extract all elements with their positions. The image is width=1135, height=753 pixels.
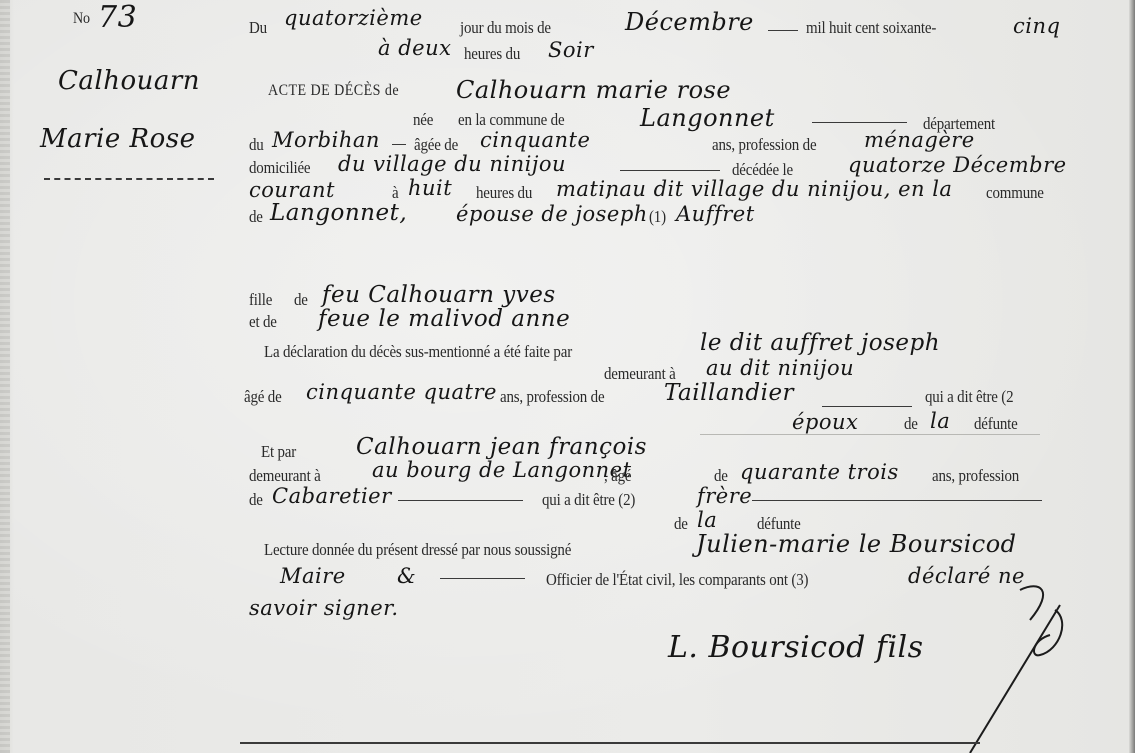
age-prefix-label: âgé de bbox=[244, 387, 282, 407]
fill-line bbox=[440, 578, 525, 579]
nee-label: née bbox=[413, 110, 433, 130]
margin-given-names: Marie Rose bbox=[40, 124, 195, 154]
ans-profession-label: ans, profession de bbox=[712, 135, 816, 155]
page-edge bbox=[1129, 0, 1135, 753]
death-place: , au dit village du ninijou, en la bbox=[605, 177, 952, 201]
de-label: de bbox=[294, 290, 308, 310]
qui-a-dit-label: qui a dit être (2 bbox=[925, 387, 1013, 407]
header-jour-du-mois: jour du mois de bbox=[460, 18, 551, 38]
mother-name: feue le malivod anne bbox=[318, 306, 570, 332]
heures-du-label: heures du bbox=[476, 183, 532, 203]
departement-name: Morbihan bbox=[272, 128, 380, 152]
commune-label: commune bbox=[986, 183, 1044, 203]
declarant2-age: quarante trois bbox=[740, 460, 899, 484]
de-label: de bbox=[249, 490, 263, 510]
margin-surname: Calhouarn bbox=[58, 66, 200, 96]
footnote-1: (1) bbox=[649, 207, 666, 227]
qui-a-dit-label: qui a dit être (2) bbox=[542, 490, 635, 510]
ans-profession-label: ans, profession de bbox=[500, 387, 604, 407]
declaration-label: La déclaration du décès sus-mentionné a … bbox=[264, 342, 572, 362]
header-period: Soir bbox=[548, 38, 594, 62]
du-label: du bbox=[249, 135, 264, 155]
deceased-name: Calhouarn marie rose bbox=[456, 76, 731, 104]
lecture-label: Lecture donnée du présent dressé par nou… bbox=[264, 540, 571, 560]
margin-dashed-line bbox=[44, 178, 214, 180]
savoir-signer: savoir signer. bbox=[249, 596, 399, 620]
ruled-line bbox=[700, 434, 1040, 435]
de-label: de bbox=[674, 514, 688, 534]
declarant2-profession: Cabaretier bbox=[272, 484, 392, 508]
birth-commune: Langonnet bbox=[640, 104, 775, 132]
header-year-hand: cinq bbox=[1013, 14, 1060, 38]
act-number: 73 bbox=[98, 0, 137, 35]
fill-line bbox=[398, 500, 523, 501]
header-day: quatorzième bbox=[284, 6, 423, 30]
fill-line bbox=[822, 406, 912, 407]
declarant1-age: cinquante quatre bbox=[306, 380, 497, 404]
death-commune: Langonnet, bbox=[270, 200, 407, 226]
en-la-commune-label: en la commune de bbox=[458, 110, 564, 130]
de-label: de bbox=[904, 414, 918, 434]
age-prefix-label: , âgé bbox=[604, 466, 631, 486]
la-hand: la bbox=[930, 409, 950, 433]
spouse-surname: Auffret bbox=[676, 202, 755, 226]
fill-line bbox=[768, 30, 798, 31]
domicile: du village du ninijou bbox=[338, 152, 566, 176]
spouse: épouse de joseph bbox=[456, 202, 648, 226]
deceased-age: cinquante bbox=[480, 128, 590, 152]
et-par-label: Et par bbox=[261, 442, 296, 462]
fill-line bbox=[752, 500, 1042, 501]
declarant1-relation: époux bbox=[792, 410, 858, 434]
father-name: feu Calhouarn yves bbox=[322, 282, 556, 308]
domiciliee-label: domiciliée bbox=[249, 158, 310, 178]
fill-line bbox=[620, 170, 720, 171]
fill-line bbox=[392, 144, 406, 145]
header-year-print: mil huit cent soixante- bbox=[806, 18, 936, 38]
official-name: Julien-marie le Boursicod bbox=[696, 530, 1017, 558]
de-label: de bbox=[249, 207, 263, 227]
official-signature: L. Boursicod fils bbox=[668, 630, 924, 665]
signature-flourish-icon bbox=[960, 580, 1080, 753]
death-date: quatorze Décembre bbox=[848, 153, 1067, 177]
declarant1-name: le dit auffret joseph bbox=[700, 330, 940, 356]
demeurant-label: demeurant à bbox=[249, 466, 321, 486]
de-label: de bbox=[714, 466, 728, 486]
death-hour: huit bbox=[408, 176, 452, 200]
official-title: Maire bbox=[280, 564, 346, 588]
declarant2-relation: frère bbox=[697, 484, 752, 508]
officier-label: Officier de l'État civil, les comparants… bbox=[546, 570, 808, 590]
act-number-label: No bbox=[73, 10, 90, 28]
deceased-profession: ménagère bbox=[864, 128, 975, 152]
defunte-label: défunte bbox=[974, 414, 1018, 434]
bottom-rule bbox=[240, 742, 980, 744]
ans-profession-label: ans, profession bbox=[932, 466, 1019, 486]
header-du: Du bbox=[249, 18, 267, 38]
binding-edge bbox=[0, 0, 10, 753]
courant: courant bbox=[249, 178, 335, 202]
declarant1-profession: Taillandier bbox=[664, 380, 794, 406]
header-month: Décembre bbox=[625, 8, 754, 36]
ampersand: & bbox=[397, 564, 416, 588]
document-page: No 73 Calhouarn Marie Rose Du quatorzièm… bbox=[0, 0, 1135, 753]
fille-label: fille bbox=[249, 290, 272, 310]
declarant2-name: Calhouarn jean françois bbox=[356, 434, 647, 460]
header-heures-du: heures du bbox=[464, 44, 520, 64]
acte-label: ACTE DE DÉCÈS de bbox=[268, 82, 399, 100]
header-hour: à deux bbox=[378, 36, 451, 60]
fill-line bbox=[812, 122, 907, 123]
la-hand: la bbox=[697, 508, 717, 532]
declarant2-residence: au bourg de Langonnet bbox=[372, 458, 632, 482]
declarant1-residence: au dit ninijou bbox=[706, 356, 854, 380]
et-de-label: et de bbox=[249, 312, 277, 332]
